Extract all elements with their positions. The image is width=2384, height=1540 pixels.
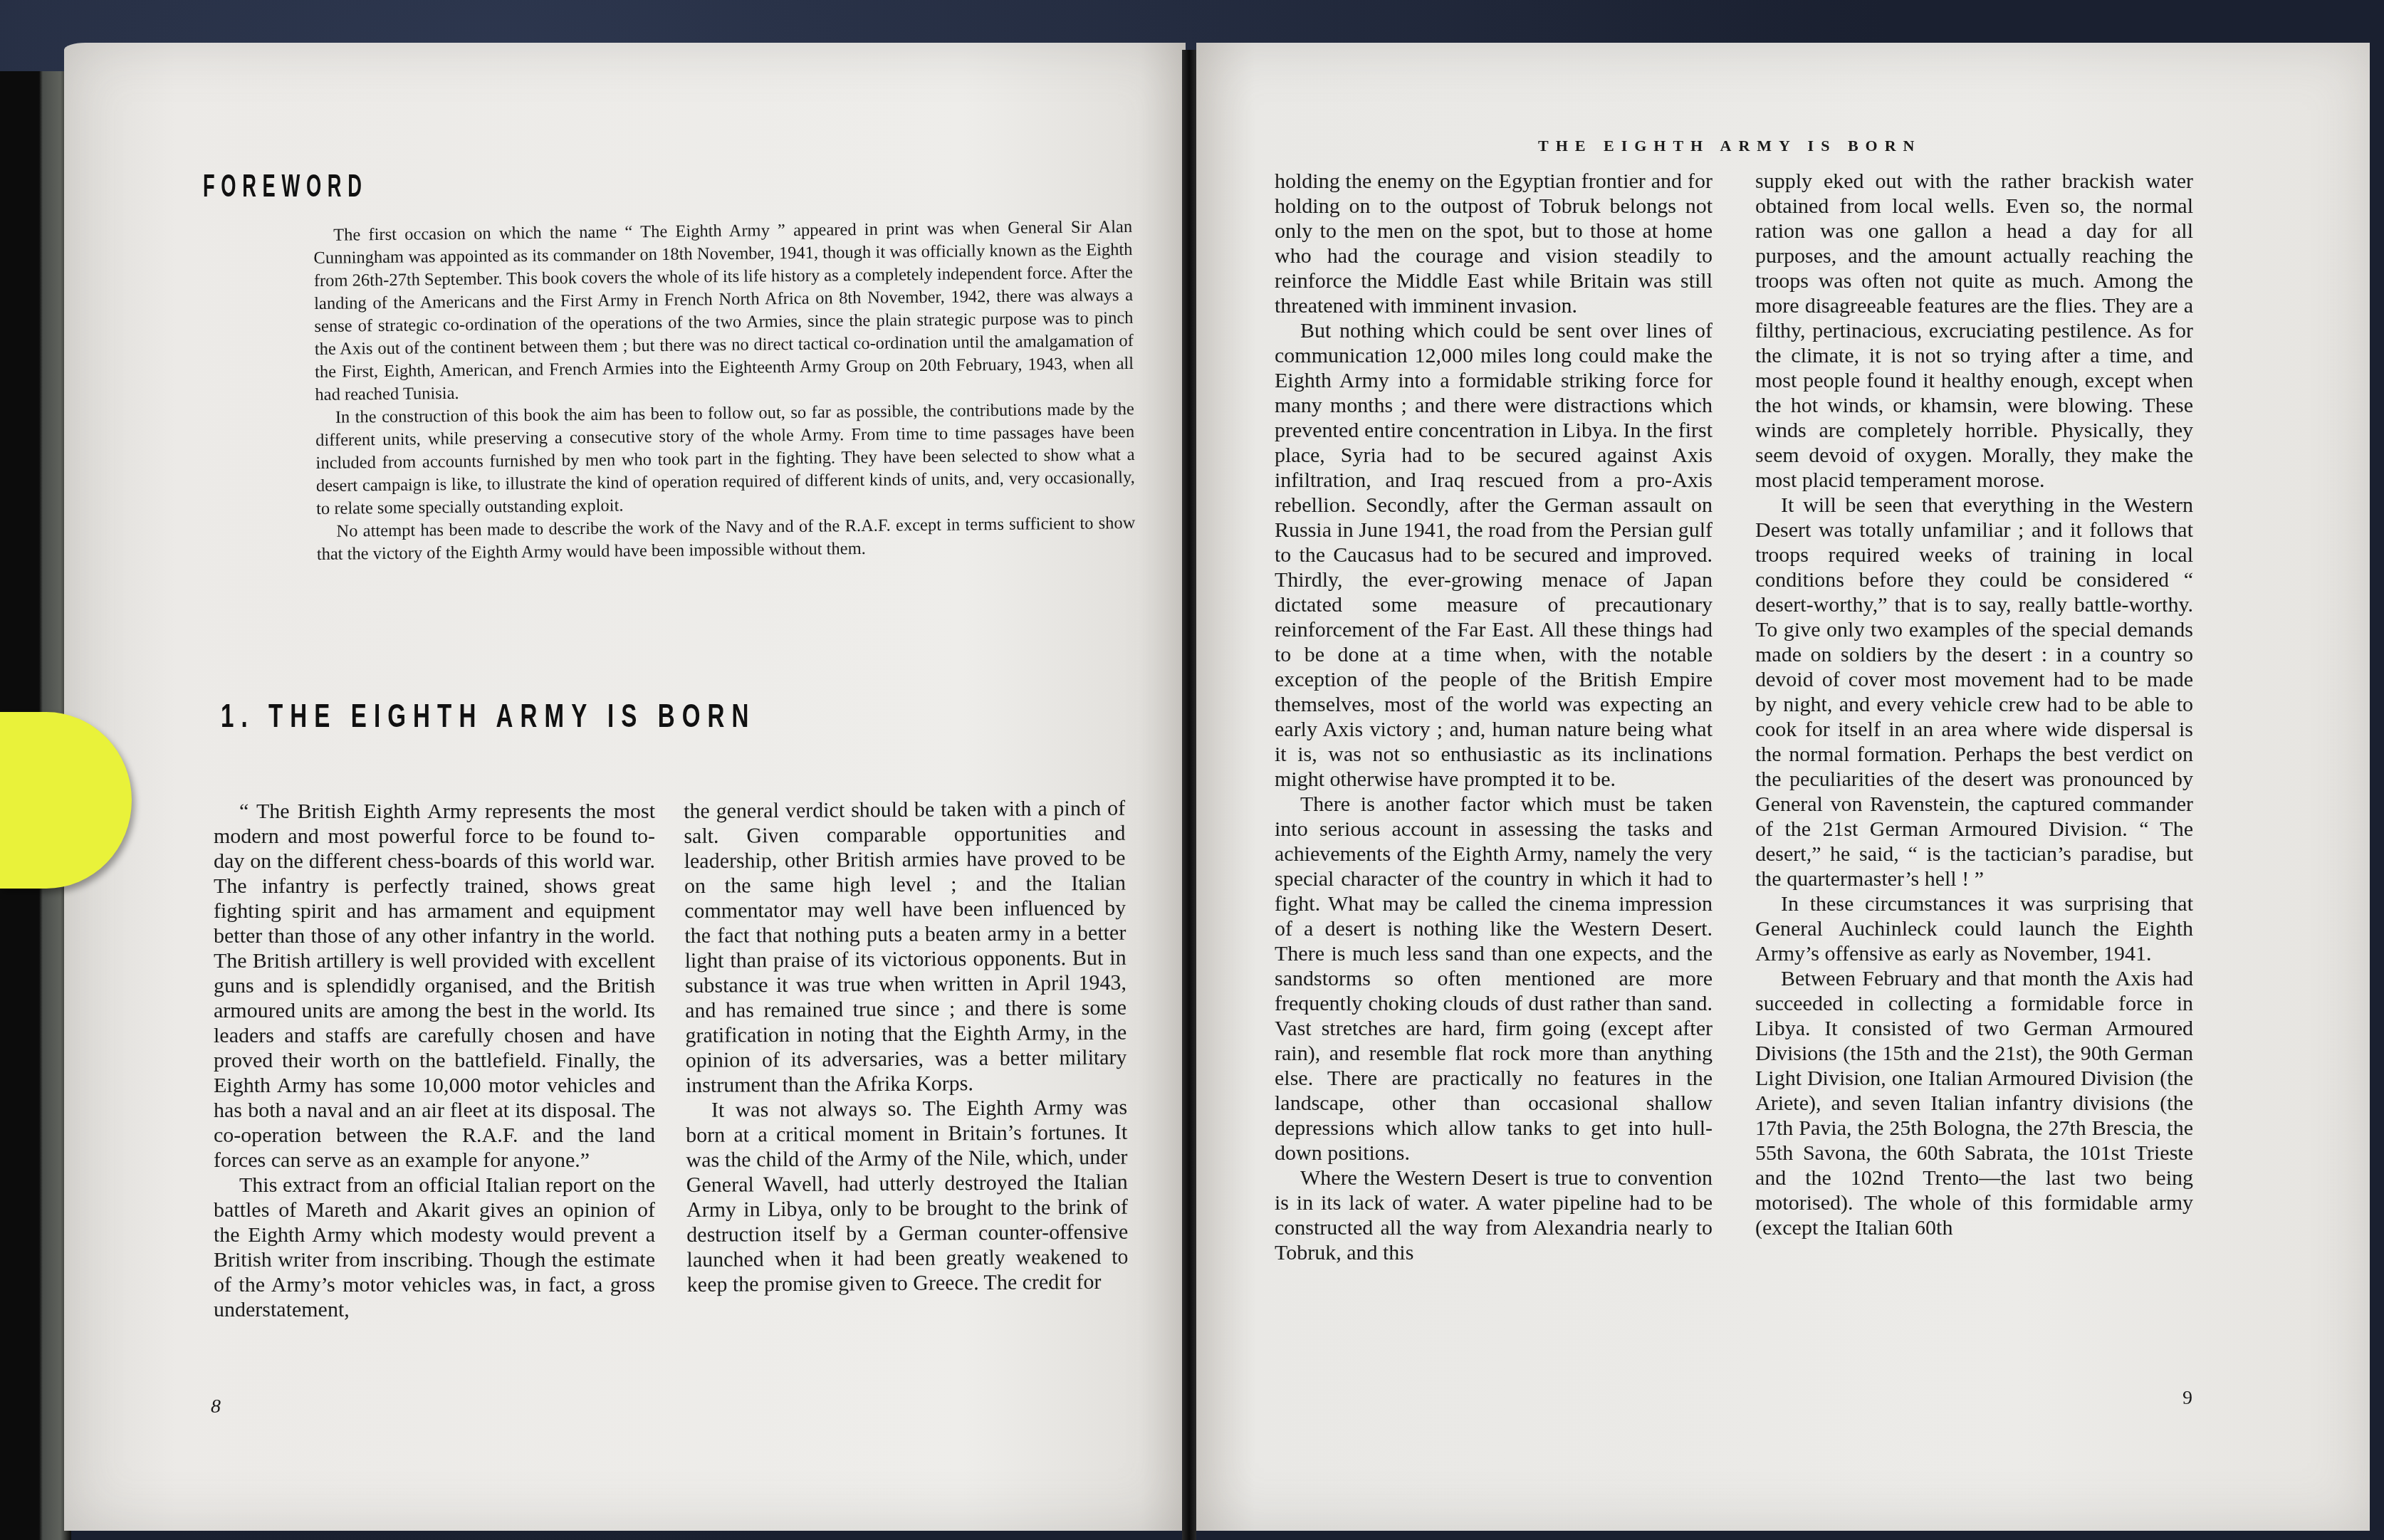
running-head: THE EIGHTH ARMY IS BORN: [1538, 137, 1921, 155]
foreword-paragraph: In the construction of this book the aim…: [315, 398, 1136, 520]
foreword-paragraph: No attempt has been made to describe the…: [316, 512, 1136, 566]
body-paragraph: holding the enemy on the Egyptian fronti…: [1275, 169, 1713, 318]
body-paragraph: supply eked out with the rather brackish…: [1755, 169, 2193, 493]
book-gutter: [1182, 50, 1196, 1540]
page-number-right: 9: [2182, 1387, 2192, 1410]
right-page-column-2: supply eked out with the rather brackish…: [1755, 169, 2193, 1240]
foreword-heading: FOREWORD: [203, 169, 368, 204]
body-paragraph: In these circumstances it was surprising…: [1755, 891, 2193, 966]
foreword-paragraph: The first occasion on which the name “ T…: [313, 216, 1134, 407]
left-page-column-2: the general verdict should be taken with…: [684, 796, 1129, 1297]
right-page-column-1: holding the enemy on the Egyptian fronti…: [1275, 169, 1713, 1265]
body-paragraph: It will be seen that everything in the W…: [1755, 493, 2193, 891]
left-page-column-1: “ The British Eighth Army represents the…: [214, 799, 655, 1322]
chapter-heading: 1. THE EIGHTH ARMY IS BORN: [221, 696, 756, 735]
body-paragraph: Between February and that month the Axis…: [1755, 966, 2193, 1240]
page-number-left: 8: [211, 1395, 221, 1418]
body-paragraph: This extract from an official Italian re…: [214, 1173, 655, 1322]
body-paragraph: There is another factor which must be ta…: [1275, 792, 1713, 1166]
body-paragraph: It was not always so. The Eighth Army wa…: [686, 1095, 1129, 1297]
body-paragraph: Where the Western Desert is true to conv…: [1275, 1166, 1713, 1265]
body-paragraph: “ The British Eighth Army represents the…: [214, 799, 655, 1173]
body-paragraph: the general verdict should be taken with…: [684, 796, 1127, 1098]
foreword-text: The first occasion on which the name “ T…: [313, 216, 1136, 566]
body-paragraph: But nothing which could be sent over lin…: [1275, 318, 1713, 792]
